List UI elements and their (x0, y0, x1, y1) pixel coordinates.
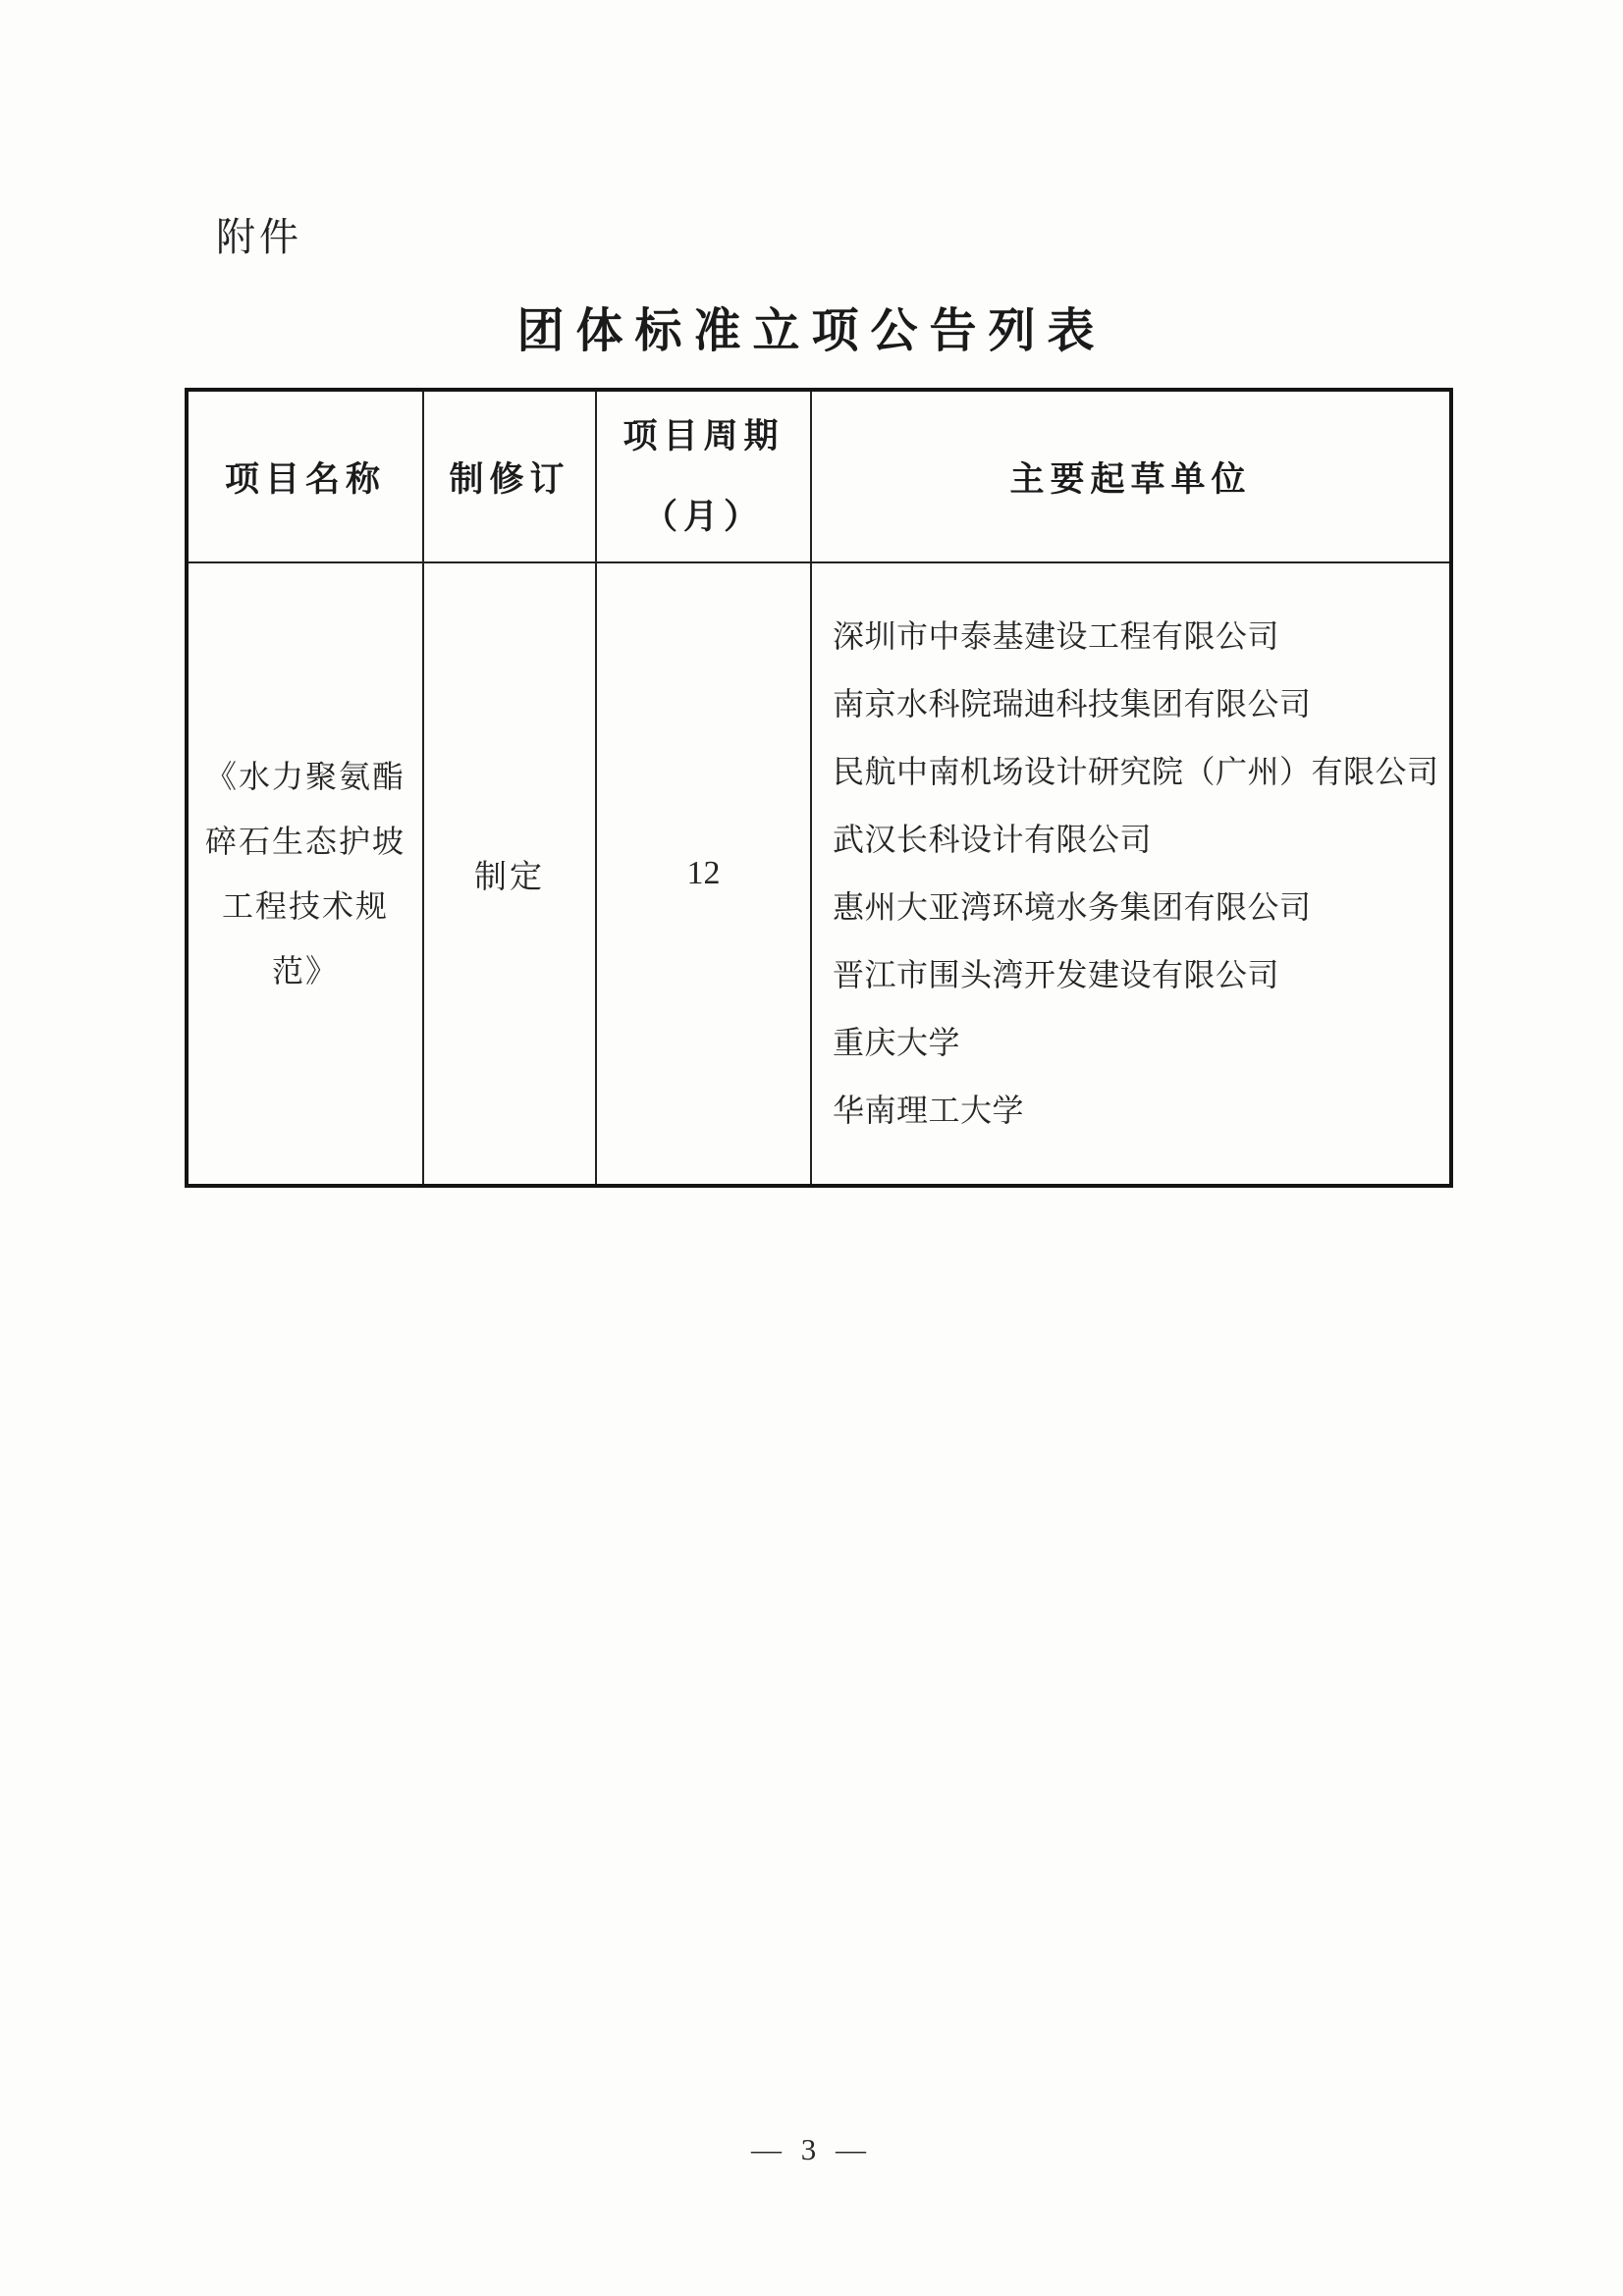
drafting-unit: 深圳市中泰基建设工程有限公司 (833, 603, 1439, 670)
header-cell-period: 项目周期 （月） (597, 392, 812, 563)
standards-table: 项目名称 制修订 项目周期 （月） 主要起草单位 《水力聚氨酯 碎石生态护坡 工… (185, 388, 1453, 1188)
project-name-text: 《水力聚氨酯 碎石生态护坡 工程技术规 范》 (205, 744, 406, 1003)
drafting-unit: 武汉长科设计有限公司 (833, 806, 1439, 874)
revision-type-text: 制定 (474, 851, 545, 897)
drafting-unit: 南京水科院瑞迪科技集团有限公司 (833, 670, 1439, 738)
page-number: — 3 — (0, 2132, 1623, 2167)
drafting-unit: 民航中南机场设计研究院（广州）有限公司 (833, 738, 1439, 806)
document-page: 附件 团体标准立项公告列表 项目名称 制修订 项目周期 （月） 主要起草单位 《… (0, 0, 1623, 2296)
page-title: 团体标准立项公告列表 (0, 293, 1623, 360)
cell-revision-type: 制定 (424, 563, 597, 1184)
cell-drafting-units: 深圳市中泰基建设工程有限公司南京水科院瑞迪科技集团有限公司民航中南机场设计研究院… (812, 563, 1449, 1184)
header-cell-revision-type: 制修订 (424, 392, 597, 563)
drafting-unit: 华南理工大学 (833, 1077, 1439, 1145)
drafting-units-list: 深圳市中泰基建设工程有限公司南京水科院瑞迪科技集团有限公司民航中南机场设计研究院… (833, 603, 1439, 1145)
cell-project-name: 《水力聚氨酯 碎石生态护坡 工程技术规 范》 (189, 563, 424, 1184)
attachment-label: 附件 (216, 206, 302, 262)
period-months-text: 12 (687, 855, 721, 892)
header-drafting-units-label: 主要起草单位 (1009, 453, 1251, 502)
cell-period: 12 (597, 563, 812, 1184)
header-cell-project-name: 项目名称 (189, 392, 424, 563)
header-period-label: 项目周期 （月） (622, 397, 784, 558)
drafting-unit: 惠州大亚湾环境水务集团有限公司 (833, 874, 1439, 941)
header-project-name-label: 项目名称 (225, 453, 386, 502)
drafting-unit: 晋江市围头湾开发建设有限公司 (833, 941, 1439, 1009)
drafting-unit: 重庆大学 (833, 1009, 1439, 1077)
header-cell-drafting-units: 主要起草单位 (812, 392, 1449, 563)
header-revision-type-label: 制修订 (449, 453, 569, 502)
